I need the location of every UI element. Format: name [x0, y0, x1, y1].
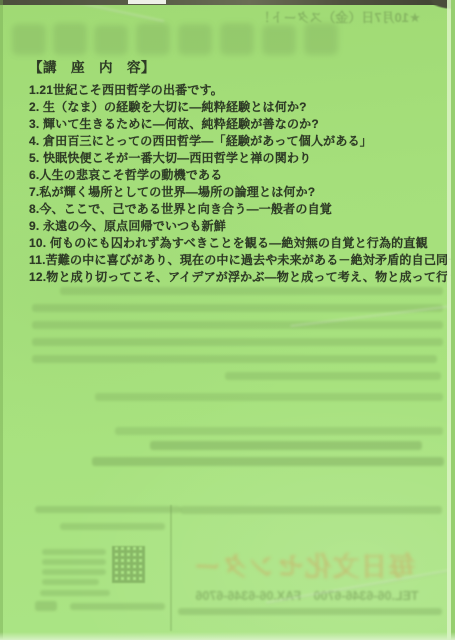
showthrough-title-glyph	[94, 25, 128, 55]
showthrough-line	[42, 549, 106, 555]
section-header: 【講 座 内 容】	[29, 56, 449, 76]
scanned-flyer-page: ★10月7日（金）スタート！ 【講 座 内 容】 1.21世紀こそ西田哲学の出番…	[0, 0, 455, 640]
showthrough-line	[42, 579, 99, 585]
showthrough-title-glyph	[304, 23, 338, 55]
showthrough-line-bold	[92, 457, 444, 466]
lecture-item: 2. 生（なま）の経験を大切に―純粋経験とは何か?	[29, 99, 449, 116]
lecture-item: 7.私が輝く場所としての世界―場所の論理とは何か?	[29, 184, 449, 201]
showthrough-divider	[170, 505, 172, 631]
showthrough-title-glyph	[262, 25, 296, 55]
showthrough-stamp-box	[35, 601, 57, 611]
paper-bottom-edge	[0, 632, 455, 640]
showthrough-line	[180, 506, 442, 514]
showthrough-line	[42, 569, 106, 575]
showthrough-title-glyph	[178, 24, 212, 55]
lecture-item: 11.苦難の中に喜びがあり、現在の中に過去や未来がある－絶対矛盾的自己同一	[29, 252, 449, 269]
showthrough-line	[32, 304, 443, 312]
showthrough-line	[60, 523, 165, 530]
showthrough-address-line	[178, 608, 442, 615]
lecture-item: 5. 快眠快便こそが一番大切―西田哲学と禅の関わり	[29, 150, 449, 167]
lecture-item: 8.今、ここで、己である世界と向き合う―一般者の自覚	[29, 201, 449, 218]
showthrough-title-glyph	[53, 23, 87, 55]
showthrough-qr-code	[112, 546, 145, 583]
showthrough-line	[40, 590, 110, 596]
showthrough-line	[32, 338, 443, 346]
lecture-item: 9. 永遠の今、原点回帰でいつも新鮮	[29, 218, 449, 235]
showthrough-logo: 毎日文化センター	[178, 545, 430, 584]
showthrough-line	[32, 321, 443, 329]
lecture-item: 10. 何ものにも囚われず為すべきことを観る―絶対無の自覚と行為的直観	[29, 235, 449, 252]
lecture-contents-block: 【講 座 内 容】 1.21世紀こそ西田哲学の出番です。 2. 生（なま）の経験…	[29, 56, 449, 286]
showthrough-line	[35, 506, 181, 513]
lecture-item: 12.物と成り切ってこそ、アイデアが浮かぶ―物と成って考え、物と成って行う	[29, 269, 449, 286]
paper-left-edge	[0, 0, 3, 640]
showthrough-line	[32, 355, 437, 363]
showthrough-start-date: ★10月7日（金）スタート！	[230, 7, 448, 26]
paper-crease	[266, 568, 455, 604]
scan-top-notch	[128, 0, 166, 4]
showthrough-title-glyph	[220, 23, 254, 55]
lecture-item: 3. 輝いて生きるために―何故、純粋経験が善なのか?	[29, 116, 449, 133]
showthrough-line	[95, 393, 443, 401]
lecture-item: 4. 倉田百三にとっての西田哲学―「経験があって個人がある」	[29, 133, 449, 150]
lecture-item: 6.人生の悲哀こそ哲学の動機である	[29, 167, 449, 184]
showthrough-title-glyph	[12, 24, 46, 55]
showthrough-line	[225, 372, 441, 380]
paper-right-edge	[451, 0, 455, 640]
showthrough-line-bold	[150, 441, 422, 450]
lecture-item: 1.21世紀こそ西田哲学の出番です。	[29, 82, 449, 99]
showthrough-line	[70, 603, 165, 610]
showthrough-title-glyph	[136, 23, 170, 55]
showthrough-line	[60, 287, 443, 295]
showthrough-line	[115, 427, 443, 435]
scan-top-edge	[0, 0, 455, 5]
showthrough-line	[42, 559, 106, 565]
